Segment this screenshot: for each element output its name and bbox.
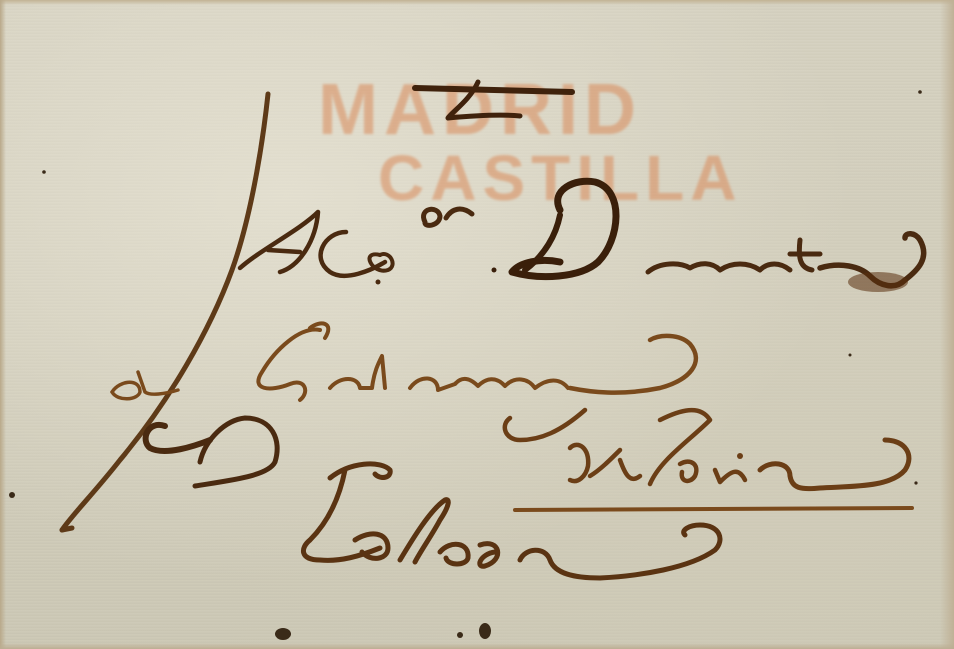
manuscript-ink	[0, 0, 954, 649]
paper-specks	[9, 90, 922, 640]
city-vitoria	[505, 410, 912, 510]
flourish-d	[146, 418, 278, 486]
name-line-2	[112, 323, 696, 400]
underline	[515, 508, 912, 510]
salutation	[240, 209, 472, 284]
initial-d	[492, 181, 617, 276]
rate-mark	[415, 82, 572, 118]
via-tolosa	[303, 464, 720, 578]
diagonal-stroke	[62, 94, 268, 530]
letter-cover: MADRID CASTILLA	[0, 0, 954, 649]
name-mateo	[648, 234, 924, 292]
